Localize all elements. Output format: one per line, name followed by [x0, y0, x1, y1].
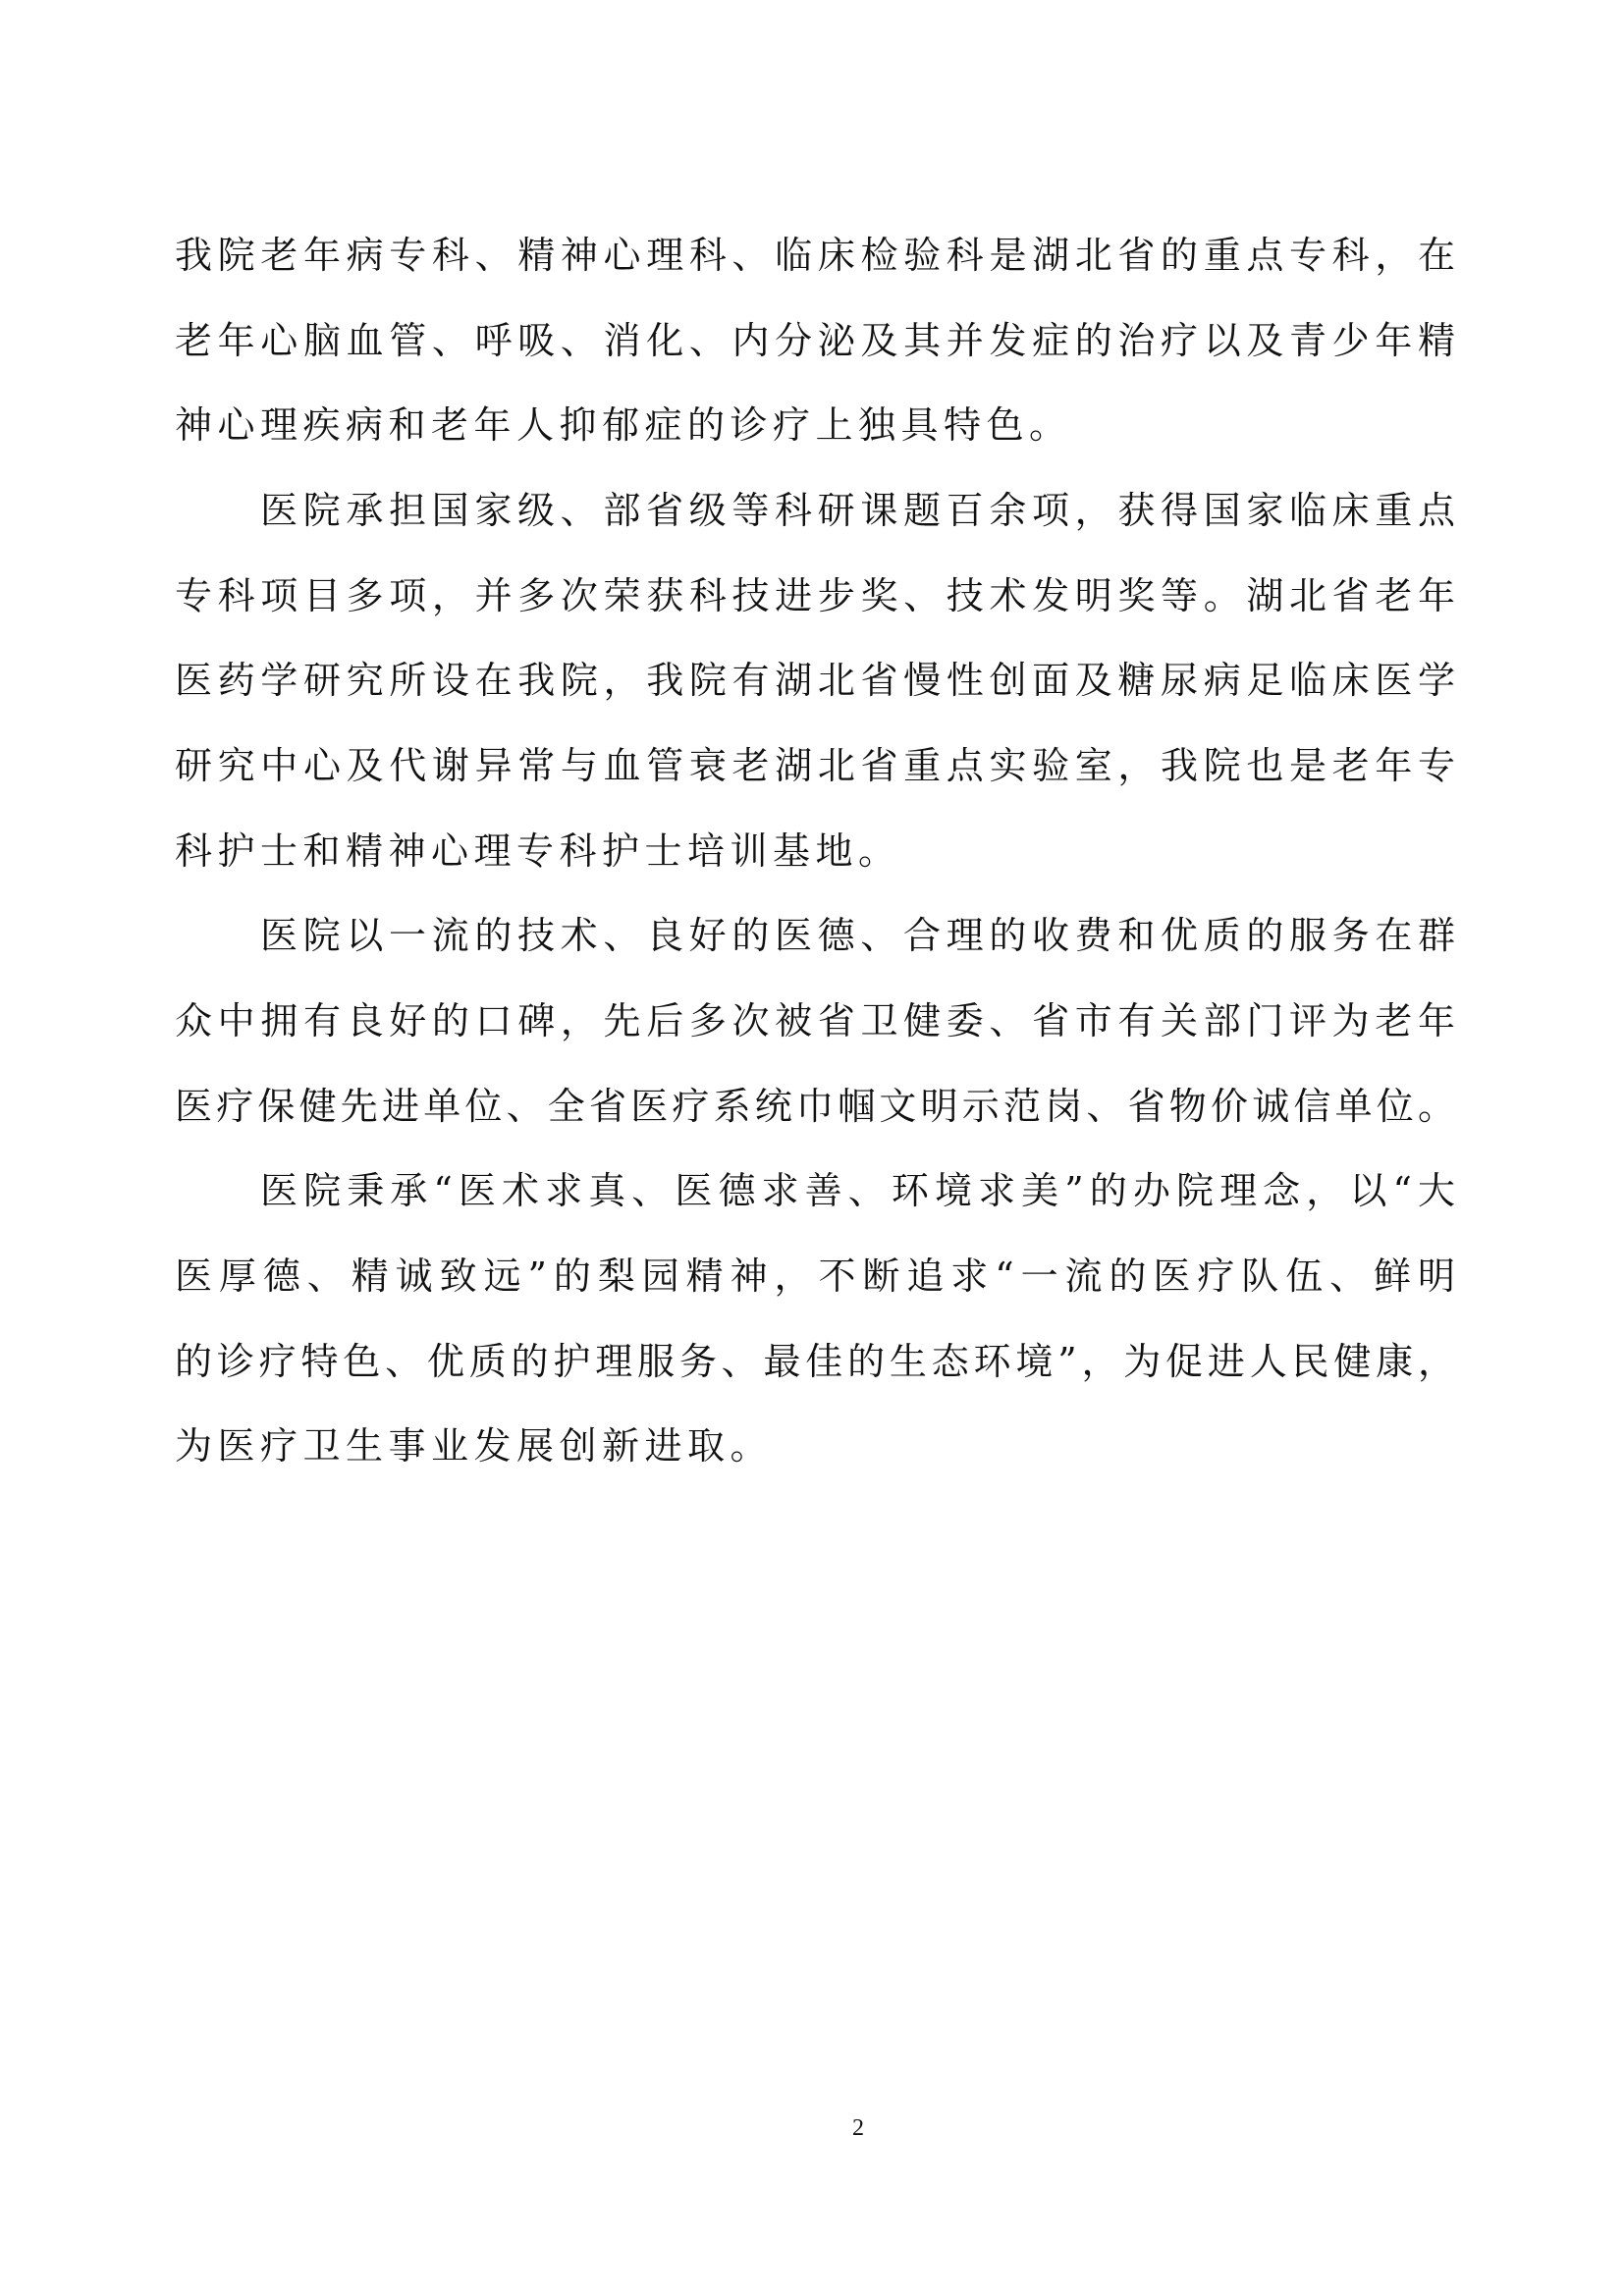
paragraph-3-line-2: 众中拥有良好的口碑，先后多次被省卫健委、省市有关部门评为老年 [175, 999, 1456, 1042]
paragraph-4-line-3: 的诊疗特色、优质的护理服务、最佳的生态环境”，为促进人民健康， [175, 1340, 1456, 1383]
paragraph-2-line-4: 研究中心及代谢异常与血管衰老湖北省重点实验室，我院也是老年专 [175, 744, 1456, 787]
paragraph-1-line-1: 我院老年病专科、精神心理科、临床检验科是湖北省的重点专科，在 [175, 234, 1456, 277]
paragraph-3-line-1: 医院以一流的技术、良好的医德、合理的收费和优质的服务在群 [260, 914, 1456, 957]
paragraph-1-line-2: 老年心脑血管、呼吸、消化、内分泌及其并发症的治疗以及青少年精 [175, 319, 1456, 362]
paragraph-4-line-2: 医厚德、精诚致远”的梨园精神，不断追求“一流的医疗队伍、鲜明 [175, 1255, 1456, 1298]
paragraph-2-line-3: 医药学研究所设在我院，我院有湖北省慢性创面及糖尿病足临床医学 [175, 659, 1456, 702]
page-number: 2 [846, 2115, 870, 2142]
paragraph-4-line-4: 为医疗卫生事业发展创新进取。 [175, 1424, 1456, 1468]
paragraph-1-line-3: 神心理疾病和老年人抑郁症的诊疗上独具特色。 [175, 403, 1456, 447]
paragraph-2-line-2: 专科项目多项，并多次荣获科技进步奖、技术发明奖等。湖北省老年 [175, 574, 1456, 617]
paragraph-4-line-1: 医院秉承“医术求真、医德求善、环境求美”的办院理念，以“大 [260, 1169, 1456, 1212]
paragraph-2-line-1: 医院承担国家级、部省级等科研课题百余项，获得国家临床重点 [260, 489, 1456, 532]
document-page: 我院老年病专科、精神心理科、临床检验科是湖北省的重点专科，在 老年心脑血管、呼吸… [0, 0, 1624, 2296]
paragraph-3-line-3: 医疗保健先进单位、全省医疗系统巾帼文明示范岗、省物价诚信单位。 [175, 1085, 1456, 1128]
paragraph-2-line-5: 科护士和精神心理专科护士培训基地。 [175, 829, 1456, 873]
